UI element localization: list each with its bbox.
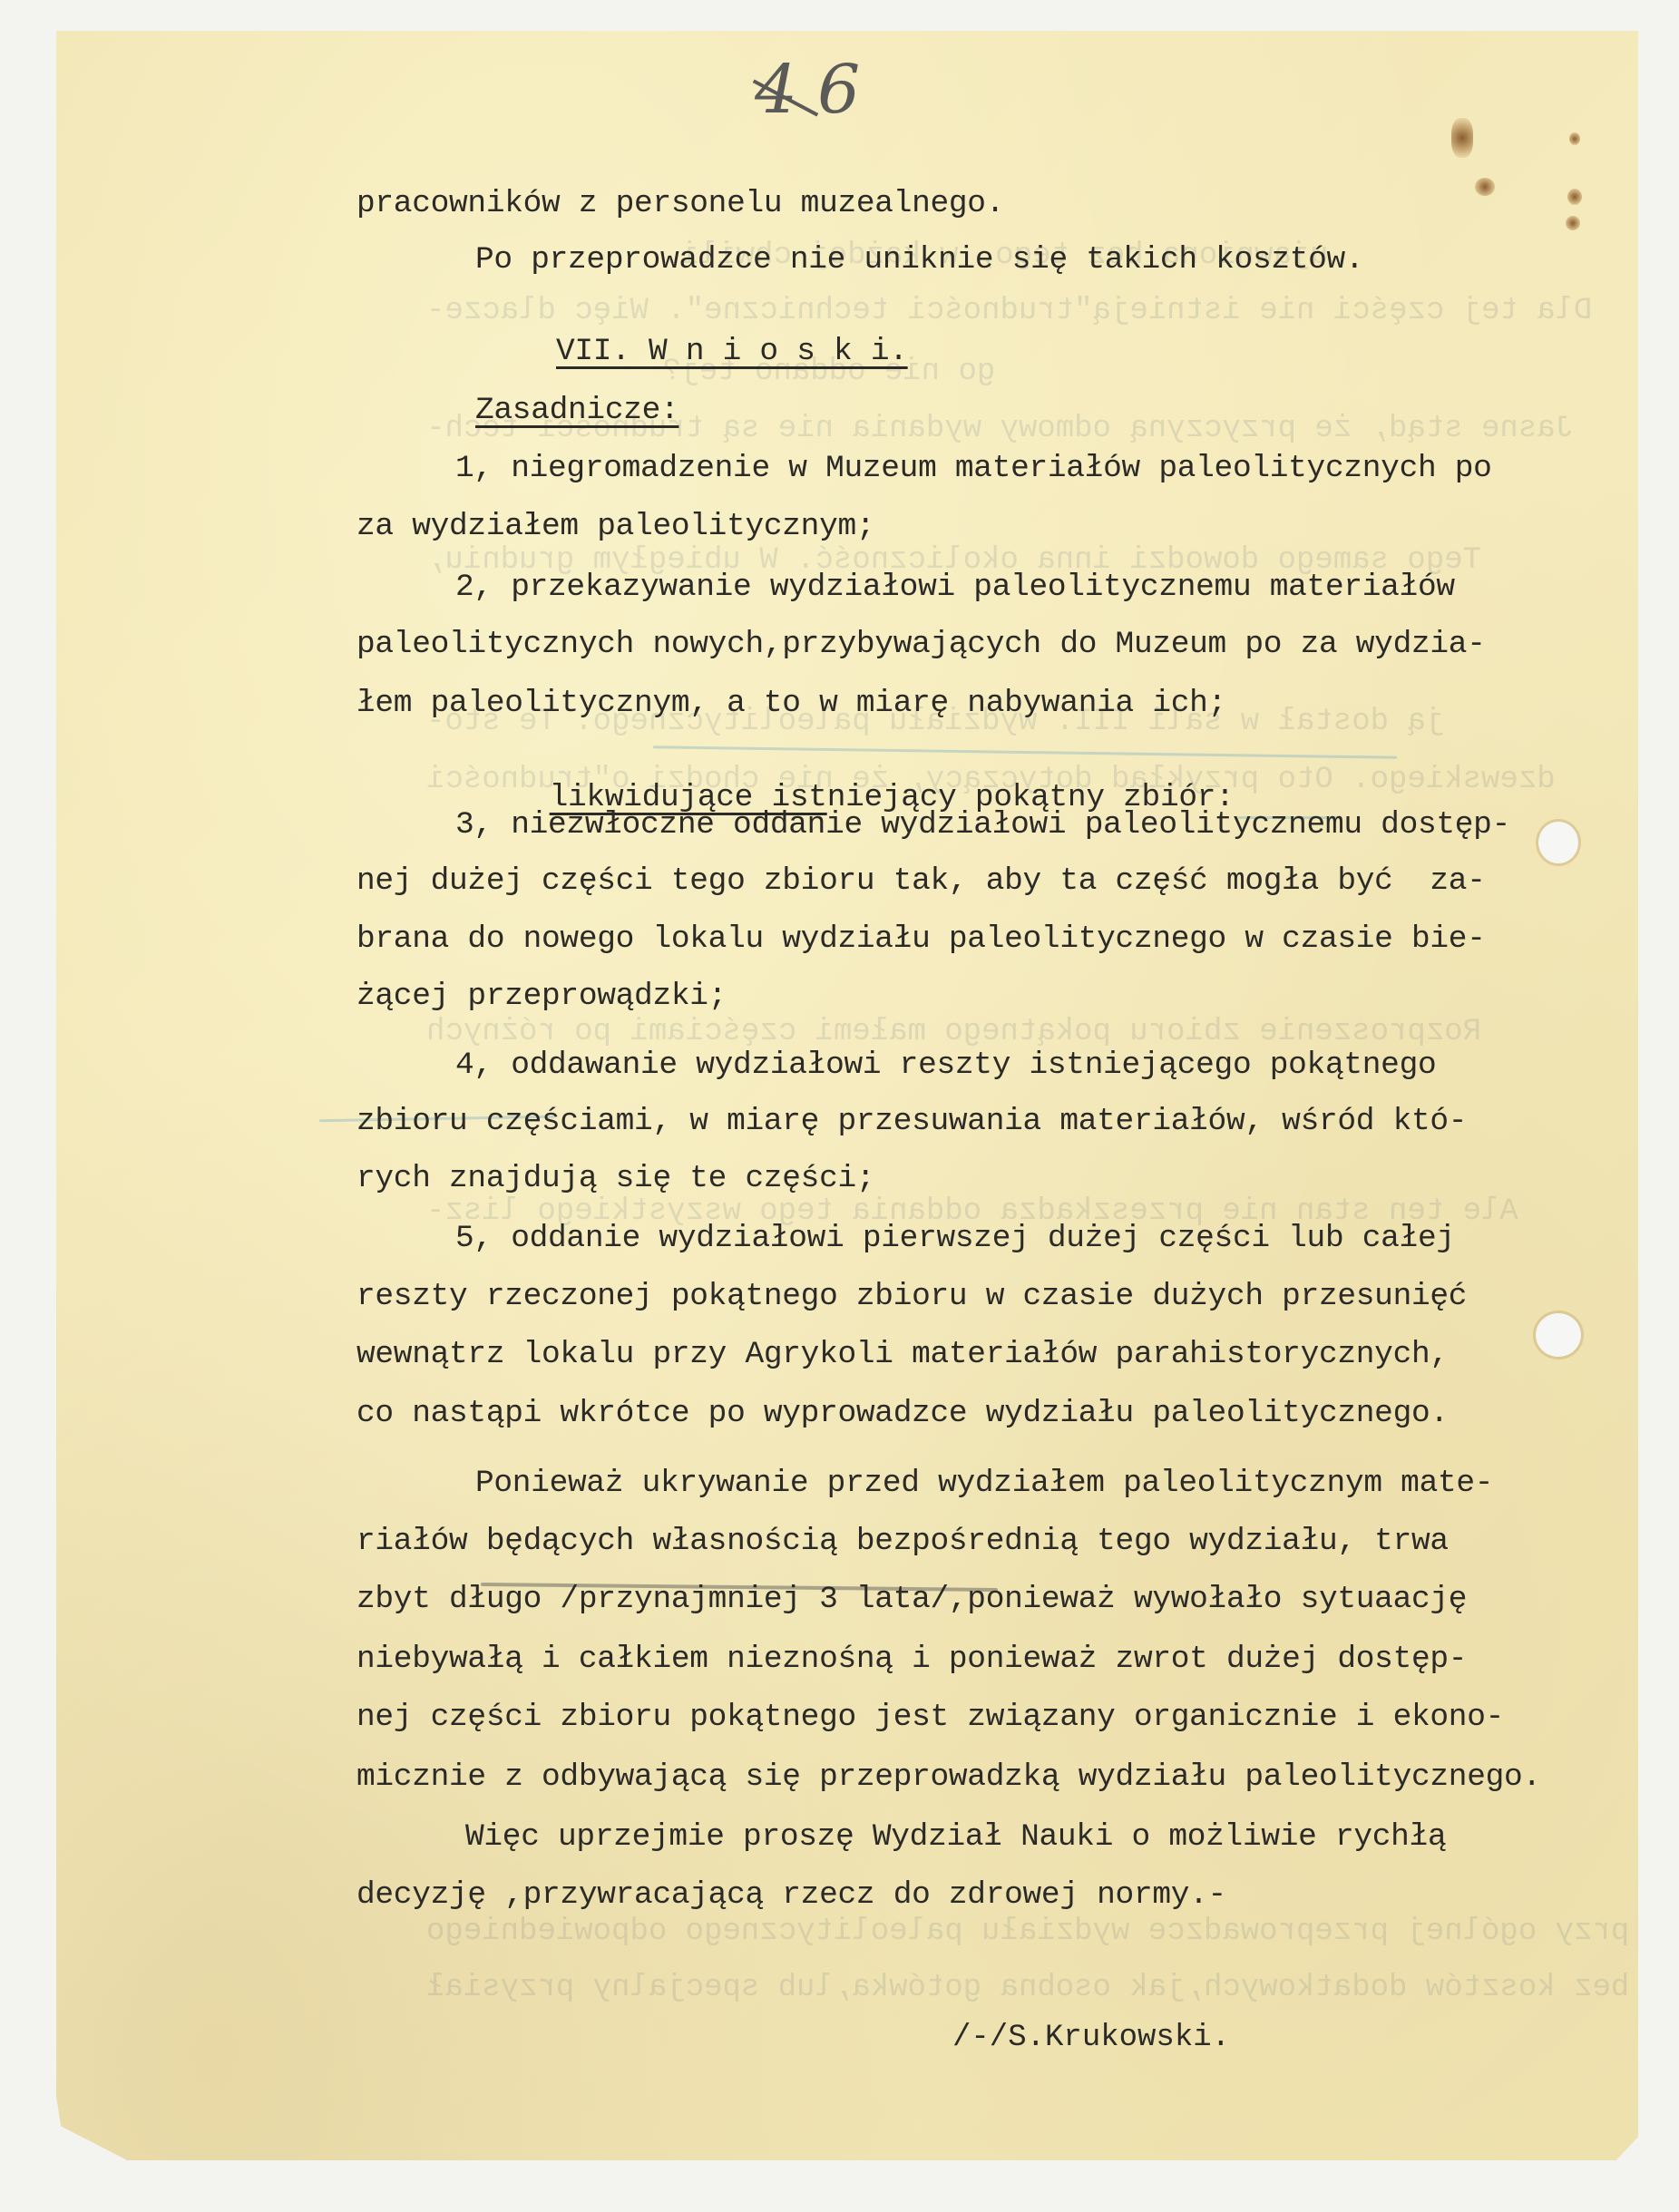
text-line: 1, niegromadzenie w Muzeum materiałów pa… xyxy=(455,451,1492,487)
text-line: riałów będących własnością bezpośrednią … xyxy=(356,1524,1449,1560)
rust-stain xyxy=(1475,178,1495,196)
text-line: nej części zbioru pokątnego jest związan… xyxy=(356,1700,1504,1736)
text-line: Więc uprzejmie proszę Wydział Nauki o mo… xyxy=(465,1819,1446,1856)
punch-hole xyxy=(1538,822,1578,863)
text-line: 3, niezwłoczne oddanie wydziałowi paleol… xyxy=(455,807,1510,843)
handwritten-page-number: 46 xyxy=(755,51,880,129)
punch-hole xyxy=(1536,1313,1581,1357)
text-line: 5, oddanie wydziałowi pierwszej dużej cz… xyxy=(455,1221,1455,1257)
text-line: niebywałą i całkiem nieznośną i ponieważ… xyxy=(356,1642,1467,1678)
text-line: paleolitycznych nowych,przybywających do… xyxy=(356,627,1486,663)
text-line: micznie z odbywającą się przeprowadzką w… xyxy=(356,1759,1541,1796)
text-line: co nastąpi wkrótce po wyprowadzce wydzia… xyxy=(356,1396,1449,1432)
page-number-value: 6 xyxy=(817,51,880,129)
text-line: decyzję ,przywracającą rzecz do zdrowej … xyxy=(356,1877,1226,1914)
subheading-zasadnicze: Zasadnicze: xyxy=(475,393,678,429)
text-line: nej dużej części tego zbioru tak, aby ta… xyxy=(356,863,1486,900)
text-line: zbyt długo /przynajmniej 3 lata/,poniewa… xyxy=(356,1582,1467,1618)
rust-stain xyxy=(1569,132,1580,145)
text-line: zbioru częściami, w miarę przesuwania ma… xyxy=(356,1104,1467,1140)
text-line: Ponieważ ukrywanie przed wydziałem paleo… xyxy=(475,1466,1493,1502)
section-heading: VII. W n i o s k i. xyxy=(556,334,908,370)
text-line: reszty rzeczonej pokątnego zbioru w czas… xyxy=(356,1279,1467,1315)
rust-stain xyxy=(1566,216,1580,230)
text-line: 4, oddawanie wydziałowi reszty istniejąc… xyxy=(455,1048,1436,1084)
text-line: 2, przekazywanie wydziałowi paleolityczn… xyxy=(455,570,1455,606)
text-line: żącej przeprowądzki; xyxy=(356,979,727,1015)
text-line: brana do nowego lokalu wydziału paleolit… xyxy=(356,921,1486,958)
bleed-through-text: przy ogólnej przeprowadzce wydziału pale… xyxy=(426,1914,1629,1950)
text-line: pracowników z personelu muzealnego. xyxy=(356,186,1004,222)
bleed-through-text: Rozproszenie zbioru pokątnego małemi czę… xyxy=(426,1014,1481,1050)
bleed-through-text: bez kosztów dodatkowych,jak osobna gotów… xyxy=(426,1970,1629,2006)
text-line: Po przeprowadzce nie uniknie się takich … xyxy=(475,242,1363,278)
bleed-through-text: Dla tej części nie istnieją"trudności te… xyxy=(426,293,1592,329)
crossed-mark: 4 xyxy=(755,51,817,129)
text-line: łem paleolitycznym, a to w miarę nabywan… xyxy=(356,686,1226,722)
signature: /-/S.Krukowski. xyxy=(952,2021,1230,2055)
text-line: wewnątrz lokalu przy Agrykoli materiałów… xyxy=(356,1337,1449,1373)
rust-stain xyxy=(1567,189,1582,205)
rust-stain xyxy=(1451,118,1473,158)
text-line: rych znajdują się te części; xyxy=(356,1161,874,1197)
text-line: za wydziałem paleolitycznym; xyxy=(356,509,874,545)
